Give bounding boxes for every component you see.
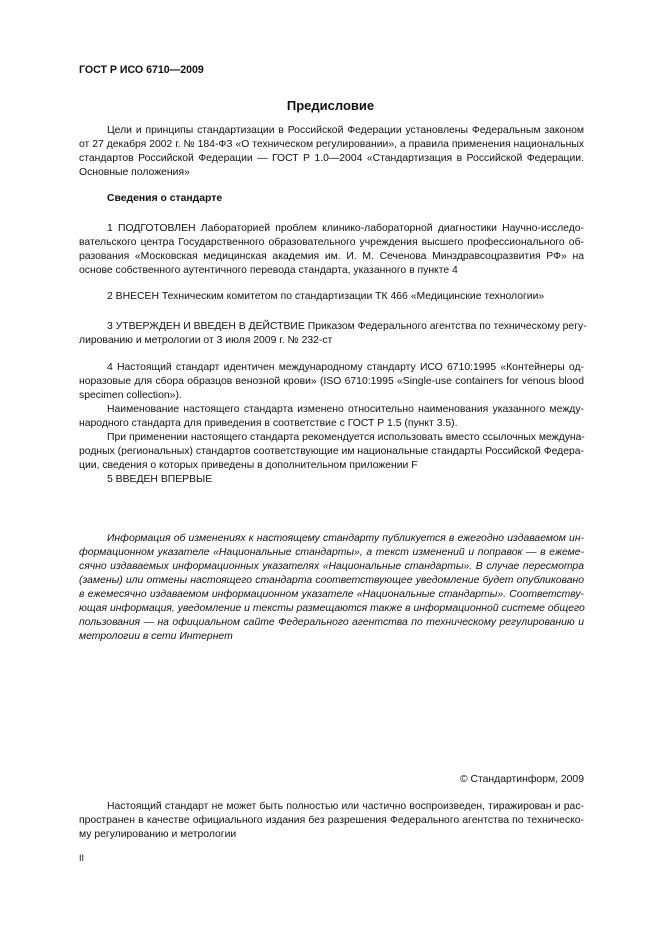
text-line: родных (региональных) стандартов соответ… — [79, 445, 584, 459]
reproduction-notice: Настоящий стандарт не может быть полност… — [79, 800, 584, 842]
document-header: ГОСТ Р ИСО 6710—2009 — [79, 64, 204, 76]
text-line: в ежемесячно издаваемом информационном у… — [79, 588, 584, 602]
text-line: (замены) или отмены настоящего стандарта… — [79, 574, 584, 588]
text-line: При применении настоящего стандарта реко… — [79, 431, 584, 445]
text-line: Информация об изменениях к настоящему ст… — [79, 532, 584, 546]
text-line: пространен в качестве официального издан… — [79, 814, 584, 828]
text-line: лированию и метрологии от 3 июля 2009 г.… — [79, 334, 584, 348]
text-line: вательского центра Государственного обра… — [79, 236, 584, 250]
text-line: 5 ВВЕДЕН ВПЕРВЫЕ — [79, 473, 584, 487]
text-line: 3 УТВЕРЖДЕН И ВВЕДЕН В ДЕЙСТВИЕ Приказом… — [79, 320, 584, 334]
intro-paragraph: Цели и принципы стандартизации в Российс… — [79, 124, 584, 180]
text-line: Настоящий стандарт не может быть полност… — [79, 800, 584, 814]
text-line: пользования — на официальном сайте Федер… — [79, 616, 584, 630]
page-title: Предисловие — [0, 98, 661, 113]
text-line: от 27 декабря 2002 г. № 184-ФЗ «О технич… — [79, 138, 584, 152]
text-line: Цели и принципы стандартизации в Российс… — [79, 124, 584, 138]
text-line: ции, сведения о которых приведены в допо… — [79, 459, 584, 473]
item-1-paragraph: 1 ПОДГОТОВЛЕН Лабораторией проблем клини… — [79, 222, 584, 278]
section-subheading: Сведения о стандарте — [79, 193, 584, 204]
item-4-note-1: Наименование настоящего стандарта измене… — [79, 403, 584, 431]
page-number: II — [79, 853, 84, 863]
text-line: Наименование настоящего стандарта измене… — [79, 403, 584, 417]
text-line: му регулированию и метрологии — [79, 828, 584, 842]
text-line: 4 Настоящий стандарт идентичен междунаро… — [79, 361, 584, 375]
text-line: ющая информация, уведомление и тексты ра… — [79, 602, 584, 616]
text-line: 1 ПОДГОТОВЛЕН Лабораторией проблем клини… — [79, 222, 584, 236]
text-line: 2 ВНЕСЕН Техническим комитетом по станда… — [79, 290, 584, 304]
text-line: сячно издаваемых информационных указател… — [79, 560, 584, 574]
text-line: основе собственного аутентичного перевод… — [79, 264, 584, 278]
item-4-paragraph: 4 Настоящий стандарт идентичен междунаро… — [79, 361, 584, 403]
text-line: норазовые для сбора образцов венозной кр… — [79, 375, 584, 389]
item-5-paragraph: 5 ВВЕДЕН ВПЕРВЫЕ — [79, 473, 584, 487]
text-line: Основные положения» — [79, 166, 584, 180]
text-line: разования «Московская медицинская академ… — [79, 250, 584, 264]
text-line: народного стандарта для приведения в соо… — [79, 417, 584, 431]
text-line: specimen collection»). — [79, 389, 584, 403]
item-2-paragraph: 2 ВНЕСЕН Техническим комитетом по станда… — [79, 290, 584, 304]
item-3-paragraph: 3 УТВЕРЖДЕН И ВВЕДЕН В ДЕЙСТВИЕ Приказом… — [79, 320, 584, 348]
copyright-notice: © Стандартинформ, 2009 — [460, 774, 584, 785]
text-line: стандартов Российской Федерации — ГОСТ Р… — [79, 152, 584, 166]
info-notice: Информация об изменениях к настоящему ст… — [79, 532, 584, 644]
text-line: метрологии в сети Интернет — [79, 630, 584, 644]
text-line: формационном указателе «Национальные ста… — [79, 546, 584, 560]
item-4-note-2: При применении настоящего стандарта реко… — [79, 431, 584, 473]
